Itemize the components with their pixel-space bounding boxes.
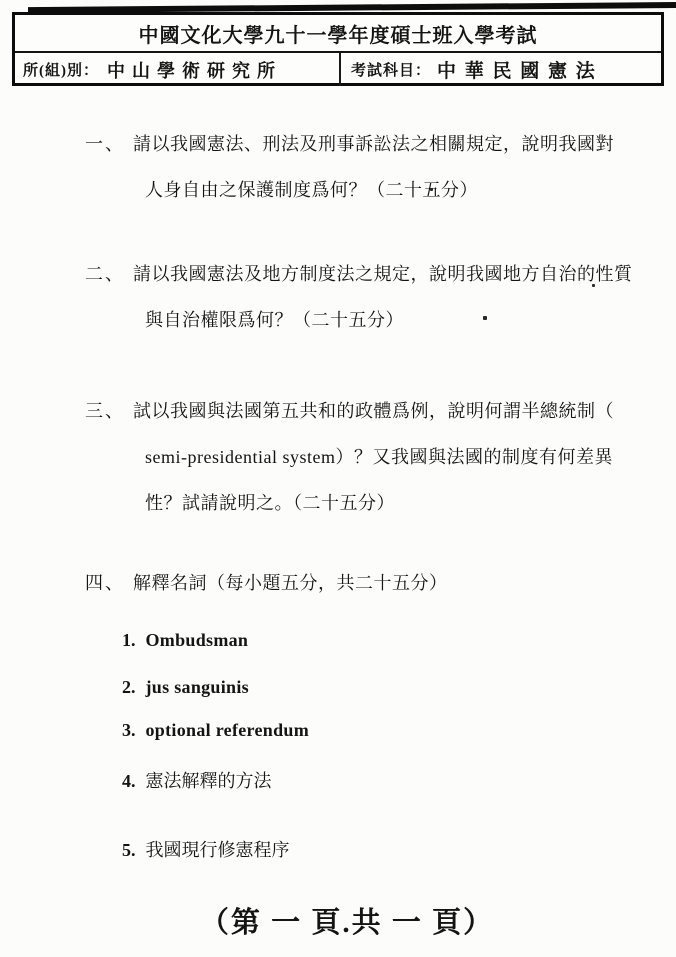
sub-item-2-text: jus sanguinis (146, 677, 249, 697)
sub-item-3-number: 3. (122, 720, 136, 740)
question-2: 二、 請以我國憲法及地方制度法之規定，說明我國地方自治的性質 與自治權限爲何？（… (85, 251, 650, 343)
department-value: 中山學術研究所 (107, 57, 282, 83)
sub-item-1-text: Ombudsman (146, 630, 249, 650)
sub-item-2: 2.jus sanguinis (122, 673, 249, 701)
question-4-text: 解釋名詞（每小題五分，共二十五分） (133, 560, 650, 606)
question-4: 四、 解釋名詞（每小題五分，共二十五分） (85, 560, 650, 606)
exam-title: 中國文化大學九十一學年度碩士班入學考試 (139, 19, 538, 48)
footer: （第 一 頁.共 一 頁） (0, 900, 676, 941)
sub-item-1-number: 1. (122, 630, 136, 650)
question-1-number: 一、 (85, 121, 125, 167)
subject-cell: 考試科目： 中 華 民 國 憲 法 (339, 53, 661, 86)
question-2-line-1: 請以我國憲法及地方制度法之規定，說明我國地方自治的性質 (133, 251, 650, 297)
sub-item-1: 1.Ombudsman (122, 626, 248, 654)
question-1-text: 請以我國憲法、刑法及刑事訴訟法之相關規定，說明我國對 人身自由之保護制度爲何？（… (133, 121, 650, 213)
question-1-line-2: 人身自由之保護制度爲何？（二十五分） (145, 167, 650, 213)
question-4-number: 四、 (85, 560, 125, 606)
page-number-indicator: （第 一 頁.共 一 頁） (200, 907, 494, 939)
sub-item-4-number: 4. (122, 771, 136, 791)
question-3-line-1: 試以我國與法國第五共和的政體爲例，說明何謂半總統制（ (133, 388, 650, 434)
sub-item-5: 5.我國現行修憲程序 (122, 836, 290, 864)
exam-paper-page: 中國文化大學九十一學年度碩士班入學考試 所(組)別： 中山學術研究所 考試科目：… (0, 0, 676, 957)
question-3-text: 試以我國與法國第五共和的政體爲例，說明何謂半總統制（ semi-presiden… (133, 388, 650, 526)
department-label: 所(組)別： (23, 59, 99, 80)
sub-item-4-text: 憲法解釋的方法 (146, 771, 272, 791)
question-2-text: 請以我國憲法及地方制度法之規定，說明我國地方自治的性質 與自治權限爲何？（二十五… (133, 251, 650, 343)
question-3-number: 三、 (85, 388, 125, 434)
question-3-line-2: semi-presidential system）？又我國與法國的制度有何差異 (145, 434, 650, 480)
sub-item-3: 3.optional referendum (122, 716, 309, 744)
question-1: 一、 請以我國憲法、刑法及刑事訴訟法之相關規定，說明我國對 人身自由之保護制度爲… (85, 121, 650, 213)
question-2-line-2: 與自治權限爲何？（二十五分） (145, 297, 650, 343)
exam-header-table: 中國文化大學九十一學年度碩士班入學考試 所(組)別： 中山學術研究所 考試科目：… (12, 12, 664, 86)
exam-meta-row: 所(組)別： 中山學術研究所 考試科目： 中 華 民 國 憲 法 (15, 53, 661, 86)
subject-value: 中 華 民 國 憲 法 (437, 56, 597, 83)
question-3: 三、 試以我國與法國第五共和的政體爲例，說明何謂半總統制（ semi-presi… (85, 388, 650, 526)
question-2-number: 二、 (85, 251, 125, 297)
subject-label: 考試科目： (351, 59, 431, 80)
sub-item-5-number: 5. (122, 840, 136, 860)
sub-item-3-text: optional referendum (146, 720, 310, 740)
question-4-line-1: 解釋名詞（每小題五分，共二十五分） (133, 560, 650, 606)
question-3-line-3: 性？試請說明之。（二十五分） (145, 480, 650, 526)
sub-item-5-text: 我國現行修憲程序 (146, 840, 290, 860)
sub-item-4: 4.憲法解釋的方法 (122, 767, 272, 795)
sub-item-2-number: 2. (122, 677, 136, 697)
department-cell: 所(組)別： 中山學術研究所 (15, 53, 339, 86)
question-1-line-1: 請以我國憲法、刑法及刑事訴訟法之相關規定，說明我國對 (133, 121, 650, 167)
exam-title-row: 中國文化大學九十一學年度碩士班入學考試 (15, 15, 661, 53)
